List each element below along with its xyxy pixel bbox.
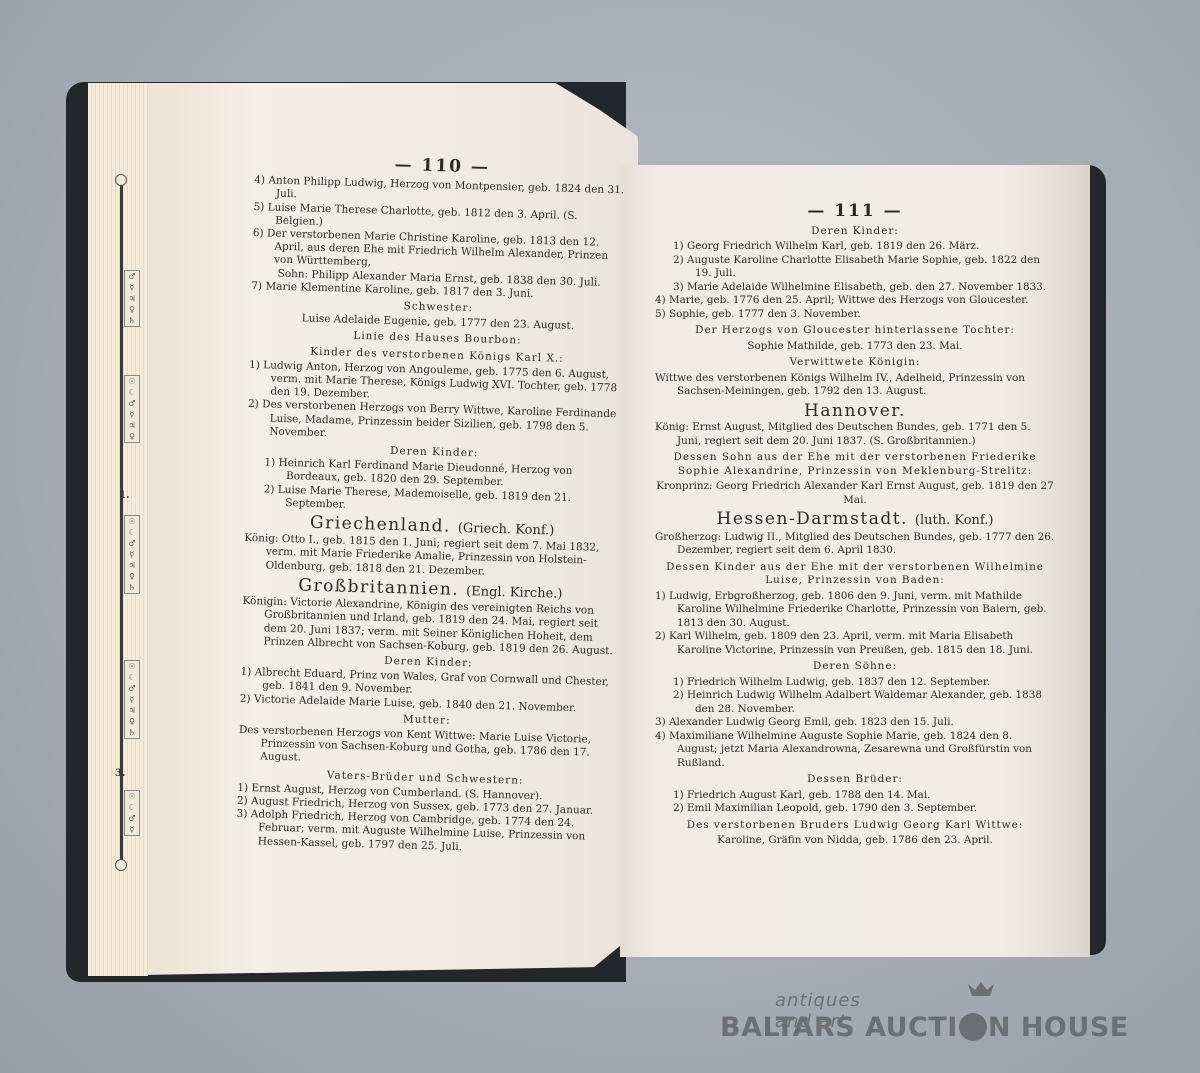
sun-icon: ☉ bbox=[125, 661, 139, 672]
mars-icon: ♂ bbox=[125, 538, 139, 549]
list-item: 2) Emil Maximilian Leopold, geb. 1790 de… bbox=[673, 802, 1055, 816]
section-label: Deren Söhne: bbox=[655, 660, 1055, 674]
mars-icon: ♂ bbox=[125, 271, 139, 282]
jupiter-icon: ♃ bbox=[125, 560, 139, 571]
section-label: Dessen Brüder: bbox=[655, 773, 1055, 787]
list-item: 3) Alexander Ludwig Georg Emil, geb. 182… bbox=[655, 716, 1055, 730]
mars-icon: ♂ bbox=[125, 813, 139, 824]
list-item: 2) Heinrich Ludwig Wilhelm Adalbert Wald… bbox=[673, 689, 1055, 716]
list-item: 1) Friedrich August Karl, geb. 1788 den … bbox=[673, 789, 1055, 803]
heading-title: Großbritannien. bbox=[298, 575, 459, 599]
section-label: Deren Kinder: bbox=[655, 225, 1055, 239]
section-heading-hessen-darmstadt: Hessen-Darmstadt. (luth. Konf.) bbox=[655, 513, 1055, 528]
paragraph: König: Ernst August, Mitglied des Deutsc… bbox=[655, 421, 1055, 448]
saturn-icon: ♄ bbox=[125, 315, 139, 326]
confession-label: (luth. Konf.) bbox=[915, 513, 994, 528]
section-label: Dessen Sohn aus der Ehe mit der verstorb… bbox=[655, 451, 1055, 478]
heading-title: Griechenland. bbox=[310, 513, 452, 537]
jupiter-icon: ♃ bbox=[125, 293, 139, 304]
paragraph: Wittwe des verstorbenen Königs Wilhelm I… bbox=[655, 372, 1055, 399]
circle-marker-icon bbox=[115, 174, 127, 186]
mercury-icon: ☿ bbox=[125, 694, 139, 705]
list-item: 1) Friedrich Wilhelm Ludwig, geb. 1837 d… bbox=[673, 676, 1055, 690]
confession-label: (Griech. Konf.) bbox=[458, 521, 555, 539]
section-heading-hannover: Hannover. bbox=[655, 405, 1055, 419]
list-item: Kronprinz: Georg Friedrich Alexander Kar… bbox=[655, 480, 1055, 507]
circle-marker-icon bbox=[115, 859, 127, 871]
planet-symbol-column: ☉ ☾ ♂ ☿ ♃ ♀ ♄ bbox=[124, 515, 140, 594]
moon-icon: ☾ bbox=[125, 672, 139, 683]
list-item: 5) Sophie, geb. 1777 den 3. November. bbox=[655, 308, 1055, 322]
list-item: 3) Marie Adelaide Wilhelmine Elisabeth, … bbox=[673, 281, 1055, 295]
venus-icon: ♀ bbox=[125, 571, 139, 582]
list-item: 1) Georg Friedrich Wilhelm Karl, geb. 18… bbox=[673, 240, 1055, 254]
paragraph: Königin: Victorie Alexandrine, Königin d… bbox=[241, 595, 617, 658]
section-label: Der Herzogs von Gloucester hinterlassene… bbox=[655, 324, 1055, 338]
left-page-text: — 110 — 4) Anton Philipp Ludwig, Herzog … bbox=[236, 155, 630, 858]
confession-label: (Engl. Kirche.) bbox=[466, 584, 563, 602]
sun-icon: ☉ bbox=[125, 376, 139, 387]
list-item: 2) Auguste Karoline Charlotte Elisabeth … bbox=[673, 254, 1055, 281]
mars-icon: ♂ bbox=[125, 398, 139, 409]
section-number: 3. bbox=[115, 768, 125, 779]
saturn-icon: ♄ bbox=[125, 582, 139, 593]
jupiter-icon: ♃ bbox=[125, 705, 139, 716]
page-number: — 111 — bbox=[655, 205, 1055, 219]
heading-title: Hannover. bbox=[804, 401, 906, 421]
mercury-icon: ☿ bbox=[125, 409, 139, 420]
moon-icon: ☾ bbox=[125, 802, 139, 813]
mars-icon: ♂ bbox=[125, 683, 139, 694]
venus-icon: ♀ bbox=[125, 431, 139, 442]
saturn-icon: ♄ bbox=[125, 727, 139, 738]
fold-line bbox=[120, 180, 123, 865]
mercury-icon: ☿ bbox=[125, 824, 139, 835]
planet-symbol-column: ☉ ☾ ♂ ☿ ♃ ♀ bbox=[124, 375, 140, 443]
watermark-brand: BALTARS AUCTIN HOUSE bbox=[720, 1012, 1129, 1043]
section-label: Des verstorbenen Bruders Ludwig Georg Ka… bbox=[655, 819, 1055, 833]
heading-title: Hessen-Darmstadt. bbox=[717, 509, 908, 529]
sun-icon: ☉ bbox=[125, 791, 139, 802]
brand-text-left: BALTARS AUCTI bbox=[720, 1012, 958, 1043]
list-item: 1) Ludwig, Erbgroßherzog, geb. 1806 den … bbox=[655, 590, 1055, 631]
planet-symbol-column: ☉ ☾ ♂ ☿ bbox=[124, 790, 140, 836]
venus-icon: ♀ bbox=[125, 304, 139, 315]
paragraph: Großherzog: Ludwig II., Mitglied des Deu… bbox=[655, 531, 1055, 558]
brand-text-right: N HOUSE bbox=[988, 1012, 1129, 1043]
jupiter-icon: ♃ bbox=[125, 420, 139, 431]
moon-icon: ☾ bbox=[125, 527, 139, 538]
planet-symbol-column: ☉ ☾ ♂ ☿ ♃ ♀ ♄ bbox=[124, 660, 140, 739]
folded-calendar-table: ♂ ☿ ♃ ♀ ♄ ☉ ☾ ♂ ☿ ♃ ♀ 1. ☉ ☾ ♂ ☿ ♃ ♀ ♄ ☉… bbox=[115, 180, 131, 865]
crown-icon bbox=[968, 982, 994, 996]
section-label: Verwittwete Königin: bbox=[655, 356, 1055, 370]
list-item: 4) Marie, geb. 1776 den 25. April; Wittw… bbox=[655, 294, 1055, 308]
logo-circle-icon bbox=[959, 1013, 987, 1041]
list-item: 2) Karl Wilhelm, geb. 1809 den 23. April… bbox=[655, 630, 1055, 657]
sun-icon: ☉ bbox=[125, 516, 139, 527]
venus-icon: ♀ bbox=[125, 716, 139, 727]
moon-icon: ☾ bbox=[125, 387, 139, 398]
mercury-icon: ☿ bbox=[125, 549, 139, 560]
mercury-icon: ☿ bbox=[125, 282, 139, 293]
planet-symbol-column: ♂ ☿ ♃ ♀ ♄ bbox=[124, 270, 140, 327]
list-item: Karoline, Gräfin von Nidda, geb. 1786 de… bbox=[655, 834, 1055, 848]
right-page-text: — 111 — Deren Kinder: 1) Georg Friedrich… bbox=[655, 205, 1055, 848]
list-item: 4) Maximiliane Wilhelmine Auguste Sophie… bbox=[655, 730, 1055, 771]
section-label: Dessen Kinder aus der Ehe mit der versto… bbox=[655, 561, 1055, 588]
section-number: 1. bbox=[119, 490, 129, 501]
paragraph: Des verstorbenen Herzogs von Kent Wittwe… bbox=[238, 724, 614, 774]
list-item: Sophie Mathilde, geb. 1773 den 23. Mai. bbox=[655, 340, 1055, 354]
